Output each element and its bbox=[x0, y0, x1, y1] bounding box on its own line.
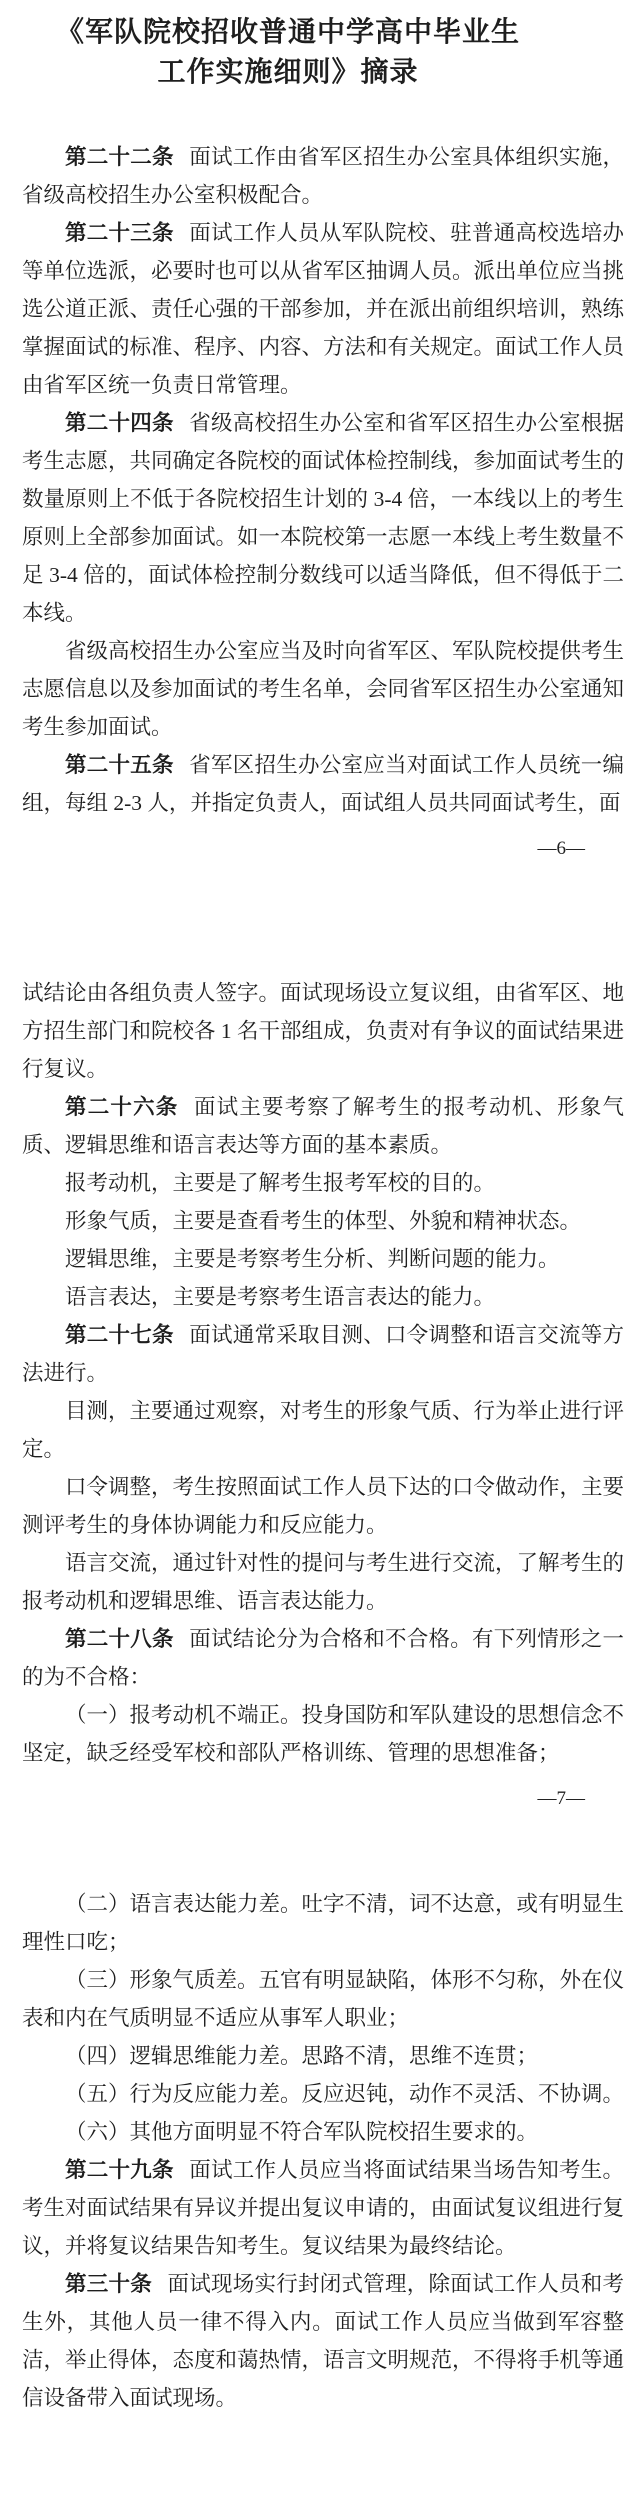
article-23-text: 面试工作人员从军队院校、驻普通高校选培办等单位选派，必要时也可以从省军区抽调人员… bbox=[22, 221, 624, 397]
paragraph-article-28: 第二十八条面试结论分为合格和不合格。有下列情形之一的为不合格： bbox=[22, 1620, 624, 1696]
command-adjust-text: 口令调整，考生按照面试工作人员下达的口令做动作，主要测评考生的身体协调能力和反应… bbox=[22, 1475, 624, 1537]
article-28-number: 第二十八条 bbox=[65, 1627, 174, 1651]
article-27-number: 第二十七条 bbox=[65, 1323, 174, 1347]
article-23-number: 第二十三条 bbox=[65, 221, 174, 245]
paragraph-article-25-continued: 试结论由各组负责人签字。面试现场设立复议组，由省军区、地方招生部门和院校各 1 … bbox=[22, 974, 624, 1088]
paragraph-article-25: 第二十五条省军区招生办公室应当对面试工作人员统一编组，每组 2-3 人，并指定负… bbox=[22, 746, 624, 822]
paragraph-command-adjust: 口令调整，考生按照面试工作人员下达的口令做动作，主要测评考生的身体协调能力和反应… bbox=[22, 1468, 624, 1544]
paragraph-article-24: 第二十四条省级高校招生办公室和省军区招生办公室根据考生志愿，共同确定各院校的面试… bbox=[22, 404, 624, 632]
paragraph-item-5: （五）行为反应能力差。反应迟钝，动作不灵活、不协调。 bbox=[22, 2075, 624, 2113]
paragraph-article-26: 第二十六条面试主要考察了解考生的报考动机、形象气质、逻辑思维和语言表达等方面的基… bbox=[22, 1088, 624, 1164]
title-line-2: 工作实施细则》摘录 bbox=[0, 52, 576, 92]
visual-check-text: 目测，主要通过观察，对考生的形象气质、行为举止进行评定。 bbox=[22, 1399, 624, 1461]
article-26-number: 第二十六条 bbox=[65, 1095, 178, 1119]
paragraph-item-2: （二）语言表达能力差。吐字不清，词不达意，或有明显生理性口吃； bbox=[22, 1885, 624, 1961]
language-text: 语言表达，主要是考察考生语言表达的能力。 bbox=[65, 1285, 495, 1309]
paragraph-motive: 报考动机，主要是了解考生报考军校的目的。 bbox=[22, 1164, 624, 1202]
scanned-document-page: 《军队院校招收普通中学高中毕业生 工作实施细则》摘录 第二十二条面试工作由省军区… bbox=[0, 0, 640, 2494]
document-title: 《军队院校招收普通中学高中毕业生 工作实施细则》摘录 bbox=[0, 0, 576, 92]
paragraph-item-4: （四）逻辑思维能力差。思路不清，思维不连贯； bbox=[22, 2037, 624, 2075]
article-30-number: 第三十条 bbox=[65, 2272, 152, 2296]
article-24-text: 省级高校招生办公室和省军区招生办公室根据考生志愿，共同确定各院校的面试体检控制线… bbox=[22, 411, 624, 625]
page-8-body: （二）语言表达能力差。吐字不清，词不达意，或有明显生理性口吃； （三）形象气质差… bbox=[22, 1885, 624, 2417]
paragraph-article-27: 第二十七条面试通常采取目测、口令调整和语言交流等方法进行。 bbox=[22, 1316, 624, 1392]
paragraph-verbal-exchange: 语言交流，通过针对性的提问与考生进行交流，了解考生的报考动机和逻辑思维、语言表达… bbox=[22, 1544, 624, 1620]
paragraph-article-22: 第二十二条面试工作由省军区招生办公室具体组织实施，省级高校招生办公室积极配合。 bbox=[22, 138, 624, 214]
title-line-1: 《军队院校招收普通中学高中毕业生 bbox=[0, 12, 576, 52]
page-6-body: 第二十二条面试工作由省军区招生办公室具体组织实施，省级高校招生办公室积极配合。 … bbox=[22, 138, 624, 822]
item-2-text: （二）语言表达能力差。吐字不清，词不达意，或有明显生理性口吃； bbox=[22, 1892, 624, 1954]
paragraph-visual-check: 目测，主要通过观察，对考生的形象气质、行为举止进行评定。 bbox=[22, 1392, 624, 1468]
appearance-text: 形象气质，主要是查看考生的体型、外貌和精神状态。 bbox=[65, 1209, 581, 1233]
paragraph-item-1: （一）报考动机不端正。投身国防和军队建设的思想信念不坚定，缺乏经受军校和部队严格… bbox=[22, 1696, 624, 1772]
page-number-7: —7— bbox=[0, 1786, 640, 1812]
paragraph-article-29: 第二十九条面试工作人员应当将面试结果当场告知考生。考生对面试结果有异议并提出复议… bbox=[22, 2151, 624, 2265]
article-24-sub-text: 省级高校招生办公室应当及时向省军区、军队院校提供考生志愿信息以及参加面试的考生名… bbox=[22, 639, 624, 739]
article-25-continued-text: 试结论由各组负责人签字。面试现场设立复议组，由省军区、地方招生部门和院校各 1 … bbox=[22, 981, 624, 1081]
paragraph-article-24-sub: 省级高校招生办公室应当及时向省军区、军队院校提供考生志愿信息以及参加面试的考生名… bbox=[22, 632, 624, 746]
item-4-text: （四）逻辑思维能力差。思路不清，思维不连贯； bbox=[65, 2044, 538, 2068]
verbal-exchange-text: 语言交流，通过针对性的提问与考生进行交流，了解考生的报考动机和逻辑思维、语言表达… bbox=[22, 1551, 624, 1613]
item-5-text: （五）行为反应能力差。反应迟钝，动作不灵活、不协调。 bbox=[65, 2082, 624, 2106]
motive-text: 报考动机，主要是了解考生报考军校的目的。 bbox=[65, 1171, 495, 1195]
item-1-text: （一）报考动机不端正。投身国防和军队建设的思想信念不坚定，缺乏经受军校和部队严格… bbox=[22, 1703, 624, 1765]
page-number-6: —6— bbox=[0, 836, 640, 862]
paragraph-language: 语言表达，主要是考察考生语言表达的能力。 bbox=[22, 1278, 624, 1316]
article-24-number: 第二十四条 bbox=[65, 411, 174, 435]
paragraph-article-23: 第二十三条面试工作人员从军队院校、驻普通高校选培办等单位选派，必要时也可以从省军… bbox=[22, 214, 624, 404]
paragraph-article-30: 第三十条面试现场实行封闭式管理，除面试工作人员和考生外，其他人员一律不得入内。面… bbox=[22, 2265, 624, 2417]
article-29-number: 第二十九条 bbox=[65, 2158, 174, 2182]
article-25-number: 第二十五条 bbox=[65, 753, 174, 777]
article-22-number: 第二十二条 bbox=[65, 145, 174, 169]
item-6-text: （六）其他方面明显不符合军队院校招生要求的。 bbox=[65, 2120, 538, 2144]
page-7-body: 试结论由各组负责人签字。面试现场设立复议组，由省军区、地方招生部门和院校各 1 … bbox=[22, 974, 624, 1772]
item-3-text: （三）形象气质差。五官有明显缺陷，体形不匀称，外在仪表和内在气质明显不适应从事军… bbox=[22, 1968, 624, 2030]
logic-text: 逻辑思维，主要是考察考生分析、判断问题的能力。 bbox=[65, 1247, 560, 1271]
paragraph-item-6: （六）其他方面明显不符合军队院校招生要求的。 bbox=[22, 2113, 624, 2151]
paragraph-item-3: （三）形象气质差。五官有明显缺陷，体形不匀称，外在仪表和内在气质明显不适应从事军… bbox=[22, 1961, 624, 2037]
paragraph-appearance: 形象气质，主要是查看考生的体型、外貌和精神状态。 bbox=[22, 1202, 624, 1240]
paragraph-logic: 逻辑思维，主要是考察考生分析、判断问题的能力。 bbox=[22, 1240, 624, 1278]
